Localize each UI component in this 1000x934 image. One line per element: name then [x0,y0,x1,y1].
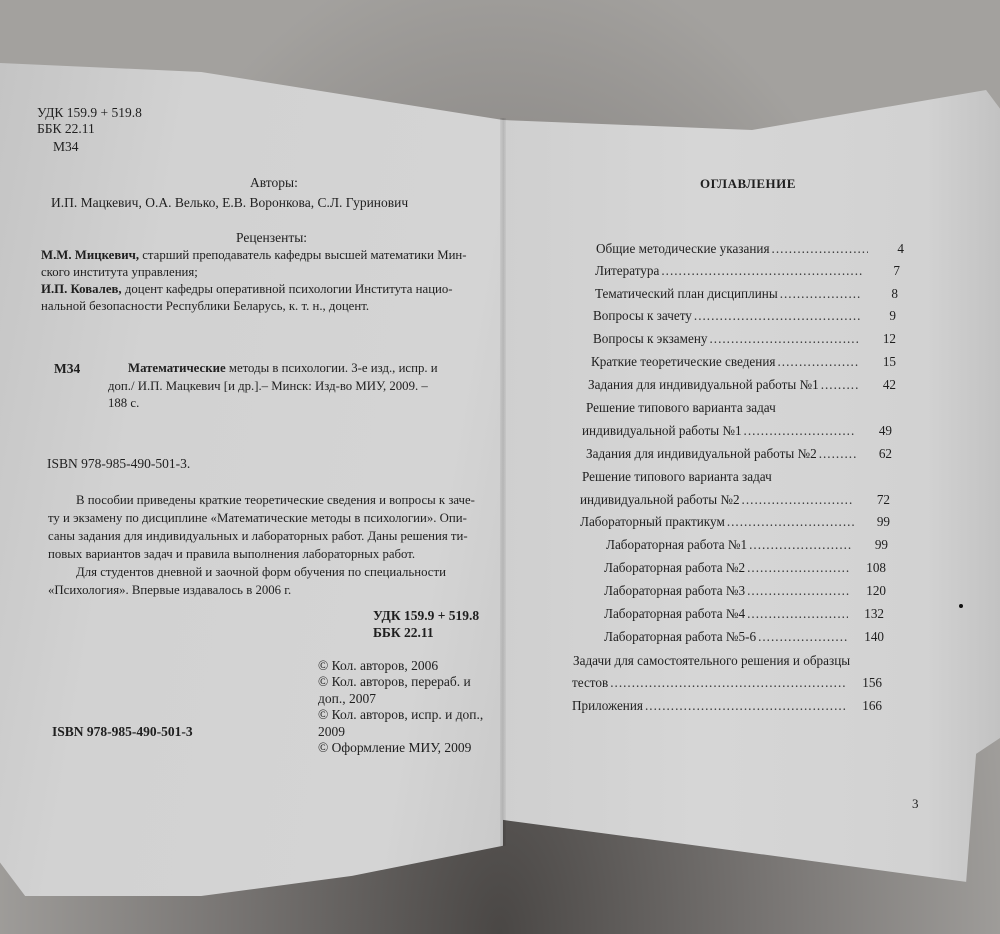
bbk-code: ББК 22.11 [37,122,95,136]
toc-entry: Литература7 [595,263,900,279]
toc-entry: индивидуальной работы №272 [580,492,890,508]
toc-entry: Задания для индивидуальной работы №262 [586,446,892,462]
toc-entry-page: 9 [862,308,896,324]
toc-entry: Решение типового варианта задач [586,400,776,416]
udk-bold: УДК 159.9 + 519.8 [373,609,479,623]
catalog-title: Математические [128,361,226,375]
toc-entry: тестов156 [572,675,882,691]
udk-code: УДК 159.9 + 519.8 [37,106,142,120]
toc-entry-label: Задания для индивидуальной работы №2 [586,446,817,462]
toc-leader-dots [777,354,860,370]
toc-entry: Лабораторная работа №5-6140 [604,629,884,645]
reviewer-2-desc: доцент кафедры оперативной психологии Ин… [122,282,453,296]
toc-leader-dots [772,241,868,257]
toc-entry-label: Вопросы к экзамену [593,331,707,347]
toc-entry-label: тестов [572,675,608,691]
copyright-2: © Кол. авторов, перераб. и [318,675,471,689]
catalog-code: М34 [54,362,80,376]
toc-entry: Общие методические указания4 [596,241,904,257]
toc-entry-page: 7 [866,263,900,279]
toc-entry: Задачи для самостоятельного решения и об… [573,653,850,669]
catalog-line-1: Математические методы в психологии. 3-е … [128,362,438,375]
toc-entry-page: 62 [858,446,892,462]
toc-entry: Лабораторная работа №2108 [604,560,886,576]
copyright-4: © Кол. авторов, испр. и доп., [318,708,483,722]
toc-entry-page: 120 [852,583,886,599]
toc-leader-dots [747,560,850,576]
toc-entry-page: 4 [870,241,904,257]
toc-leader-dots [744,423,856,439]
page-number: 3 [912,796,919,812]
toc-title: ОГЛАВЛЕНИЕ [700,176,796,192]
toc-entry-label: Лабораторная работа №1 [606,537,747,553]
book-spine [500,118,506,846]
toc-leader-dots [610,675,846,691]
toc-entry-page: 99 [856,514,890,530]
toc-entry-page: 8 [864,286,898,302]
toc-entry-label: Задания для индивидуальной работы №1 [588,377,819,393]
toc-entry: Тематический план дисциплины8 [595,286,898,302]
toc-entry-label: Общие методические указания [596,241,770,257]
toc-entry-label: Лабораторная работа №5-6 [604,629,756,645]
toc-leader-dots [747,583,850,599]
abstract-line-3: саны задания для индивидуальных и лабора… [48,530,468,543]
toc-entry-label: Лабораторная работа №4 [604,606,745,622]
catalog-desc: методы в психологии. 3-е изд., испр. и [226,361,438,375]
toc-entry: Лабораторный практикум99 [580,514,890,530]
copyright-6: © Оформление МИУ, 2009 [318,741,471,755]
toc-leader-dots [780,286,862,302]
catalog-line-3: 188 с. [108,397,139,410]
toc-entry-page: 49 [858,423,892,439]
toc-leader-dots [819,446,856,462]
toc-entry-label: Краткие теоретические сведения [591,354,775,370]
abstract-line-2: ту и экзамену по дисциплине «Математичес… [48,512,467,525]
toc-entry: Решение типового варианта задач [582,469,772,485]
toc-entry-label: индивидуальной работы №2 [580,492,740,508]
toc-entry-page: 156 [848,675,882,691]
toc-entry: Лабораторная работа №4132 [604,606,884,622]
toc-entry-page: 140 [850,629,884,645]
toc-entry-page: 72 [856,492,890,508]
toc-leader-dots [758,629,848,645]
toc-entry-label: Задачи для самостоятельного решения и об… [573,653,850,669]
copyright-3: доп., 2007 [318,692,376,706]
toc-entry-page: 132 [850,606,884,622]
toc-entry: Вопросы к экзамену12 [593,331,896,347]
toc-leader-dots [747,606,848,622]
toc-entry: Задания для индивидуальной работы №142 [588,377,896,393]
toc-leader-dots [821,377,860,393]
toc-entry-label: Решение типового варианта задач [586,400,776,416]
reviewer-2-cont: нальной безопасности Республики Беларусь… [41,300,369,313]
toc-entry-label: Приложения [572,698,643,714]
toc-entry: Краткие теоретические сведения15 [591,354,896,370]
toc-leader-dots [749,537,852,553]
toc-leader-dots [661,263,864,279]
reviewers-label: Рецензенты: [236,231,307,245]
abstract-line-1: В пособии приведены краткие теоретически… [76,494,475,507]
toc-entry-label: Решение типового варианта задач [582,469,772,485]
toc-entry: Лабораторная работа №3120 [604,583,886,599]
toc-entry: Приложения166 [572,698,882,714]
toc-leader-dots [694,308,860,324]
toc-leader-dots [727,514,854,530]
toc-entry-label: индивидуальной работы №1 [582,423,742,439]
reviewer-1-cont: ского института управления; [41,266,198,279]
toc-entry-label: Лабораторная работа №3 [604,583,745,599]
catalog-line-2: доп./ И.П. Мацкевич [и др.].– Минск: Изд… [108,380,428,393]
abstract-line-4: повых вариантов задач и правила выполнен… [48,548,415,561]
toc-entry-page: 166 [848,698,882,714]
toc-entry-page: 108 [852,560,886,576]
authors-label: Авторы: [250,176,298,190]
toc-entry-label: Литература [595,263,659,279]
paper-speck [959,604,963,608]
abstract-line-5: Для студентов дневной и заочной форм обу… [76,566,446,579]
bbk-bold: ББК 22.11 [373,626,434,640]
reviewer-1-name: М.М. Мицкевич, [41,248,139,262]
toc-entry-label: Лабораторная работа №2 [604,560,745,576]
toc-entry-label: Тематический план дисциплины [595,286,778,302]
toc-entry-label: Лабораторный практикум [580,514,725,530]
reviewer-2-name: И.П. Ковалев, [41,282,122,296]
reviewer-1-desc: старший преподаватель кафедры высшей мат… [139,248,467,262]
copyright-1: © Кол. авторов, 2006 [318,659,438,673]
toc-entry-page: 12 [862,331,896,347]
toc-entry-page: 42 [862,377,896,393]
author-mark: М34 [53,140,79,154]
toc-entry: Вопросы к зачету9 [593,308,896,324]
toc-entry: индивидуальной работы №149 [582,423,892,439]
authors-list: И.П. Мацкевич, О.А. Велько, Е.В. Воронко… [51,196,408,210]
isbn-bold: ISBN 978-985-490-501-3 [52,725,193,739]
isbn-line: ISBN 978-985-490-501-3. [47,457,190,471]
reviewer-2: И.П. Ковалев, доцент кафедры оперативной… [41,283,453,296]
copyright-5: 2009 [318,725,345,739]
toc-leader-dots [709,331,860,347]
toc-leader-dots [742,492,854,508]
abstract-line-6: «Психология». Впервые издавалось в 2006 … [48,584,291,597]
reviewer-1: М.М. Мицкевич, старший преподаватель каф… [41,249,467,262]
toc-entry: Лабораторная работа №199 [606,537,888,553]
toc-entry-page: 15 [862,354,896,370]
toc-entry-label: Вопросы к зачету [593,308,692,324]
toc-leader-dots [645,698,846,714]
toc-entry-page: 99 [854,537,888,553]
